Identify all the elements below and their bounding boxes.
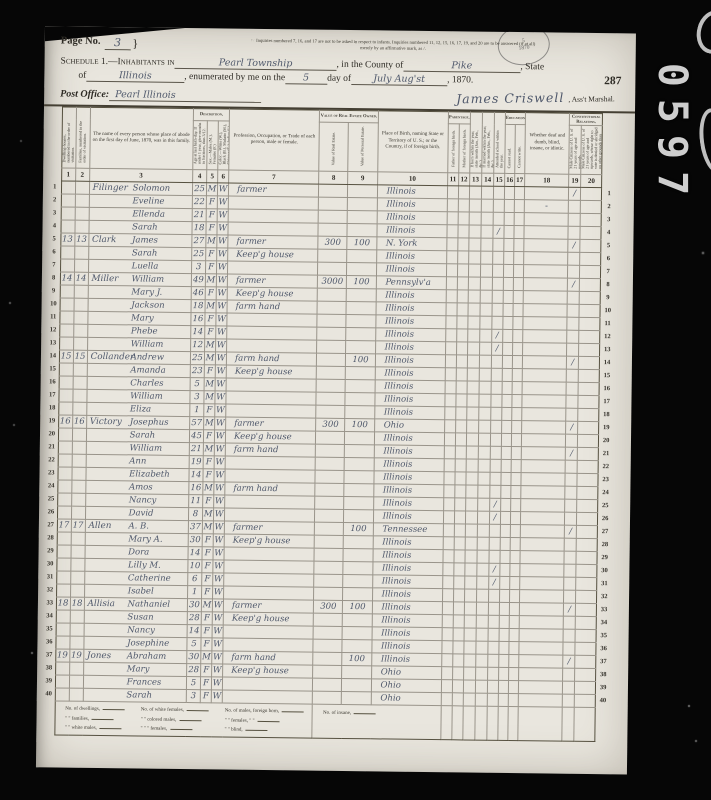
group-header: Value of Real Estate Owned. [320, 110, 378, 123]
cell-personal-estate-value: 100 [346, 353, 375, 366]
cell-mark-17 [512, 382, 522, 395]
cell-mark-16 [504, 251, 514, 264]
cell-mark-12 [457, 316, 468, 329]
cell-mark-18 [521, 486, 565, 500]
cell-mark-20 [575, 629, 596, 642]
row-number-left: 9 [48, 285, 60, 298]
cell-sex: F [203, 430, 214, 443]
column-number: 5 [207, 170, 218, 183]
cell-mark-13 [464, 602, 476, 615]
cell-age: 14 [187, 625, 201, 638]
group-header: Parentage. [448, 112, 470, 124]
cell-mark-20 [579, 317, 600, 330]
cell-mark-19: / [568, 278, 580, 291]
cell-family-number [74, 285, 88, 298]
row-number-right: 37 [596, 656, 610, 669]
cell-color: W [217, 261, 228, 274]
cell-mark-12 [458, 238, 469, 251]
row-number-left: 33 [44, 597, 56, 610]
cell-mark-17 [509, 615, 519, 628]
cell-birthplace: Illinois [374, 432, 444, 446]
cell-dwelling-number [56, 623, 70, 636]
row-number-left: 40 [43, 688, 55, 701]
cell-family-number [72, 402, 86, 415]
cell-birthplace: Illinois [374, 445, 444, 459]
cell-occupation: Keep'g house [223, 664, 313, 678]
cell-occupation: Keep'g house [223, 612, 313, 626]
cell-mark-16 [499, 615, 509, 628]
cell-occupation: farm hand [223, 651, 313, 665]
row-number-left: 6 [48, 246, 60, 259]
cell-family-number [73, 376, 87, 389]
cell-birthplace: Illinois [373, 484, 443, 498]
cell-real-estate-value [315, 496, 344, 509]
cell-mark-19 [563, 668, 575, 681]
cell-mark-17 [513, 278, 523, 291]
cell-mark-18 [521, 447, 565, 461]
cell-mark-13 [465, 576, 477, 589]
cell-mark-16 [498, 680, 508, 693]
cell-name: AllenA. B. [85, 519, 188, 533]
cell-real-estate-value [315, 470, 344, 483]
row-number-right: 27 [598, 526, 612, 539]
row-number-right: 30 [597, 565, 611, 578]
cell-mark-12 [452, 680, 463, 693]
cell-mark-16 [500, 511, 510, 524]
cell-family-number [74, 259, 88, 272]
row-number-left: 7 [48, 259, 60, 272]
cell-mark-12 [454, 563, 465, 576]
cell-mark-14 [481, 225, 493, 238]
column-number: 1 [61, 168, 75, 181]
cell-dwelling-number [59, 324, 73, 337]
cell-mark-17 [510, 538, 520, 551]
cell-mark-20 [577, 486, 598, 499]
cell-mark-16 [499, 667, 509, 680]
cell-dwelling-number [56, 558, 70, 571]
cell-personal-estate-value [344, 535, 373, 548]
cell-birthplace: Illinois [375, 328, 445, 342]
cell-age: 25 [192, 183, 206, 196]
cell-mark-16 [499, 641, 509, 654]
given-name-text: Abraham [127, 650, 166, 662]
given-name-text: Isabel [128, 585, 154, 597]
cell-mark-14 [476, 628, 488, 641]
cell-mark-17 [511, 486, 521, 499]
cell-age: 22 [192, 196, 206, 209]
cell-dwelling-number [61, 220, 75, 233]
cell-real-estate-value [318, 262, 347, 275]
cell-occupation [223, 638, 313, 652]
cell-mark-19 [564, 564, 576, 577]
cell-color: W [213, 521, 224, 534]
cell-mark-11 [442, 589, 453, 602]
cell-mark-11 [445, 394, 456, 407]
column-number: 8 [319, 171, 348, 184]
cell-birthplace: Illinois [372, 614, 442, 628]
cell-mark-19 [565, 512, 577, 525]
row-number-left: 24 [45, 480, 57, 493]
cell-mark-12 [454, 524, 465, 537]
cell-mark-13 [469, 186, 481, 199]
cell-color: W [214, 469, 225, 482]
row-number-right: 14 [600, 357, 614, 370]
given-name-text: Amos [129, 481, 153, 493]
cell-birthplace: Pennsylv'a [376, 276, 446, 290]
cell-family-number [70, 610, 84, 623]
cell-mark-17 [512, 356, 522, 369]
row-number-right: 8 [601, 279, 615, 292]
surname-text: Allisia [88, 598, 128, 610]
cell-mark-12 [452, 693, 463, 706]
cell-real-estate-value [314, 548, 343, 561]
cell-mark-17 [511, 447, 521, 460]
row-number-left: 31 [44, 571, 56, 584]
row-number-right: 10 [600, 305, 614, 318]
cell-mark-15 [488, 589, 499, 602]
cell-birthplace: Illinois [376, 263, 446, 277]
cell-dwelling-number [60, 285, 74, 298]
cell-dwelling-number [55, 636, 69, 649]
row-number-right: 32 [597, 591, 611, 604]
cell-birthplace: Illinois [375, 315, 445, 329]
cell-real-estate-value: 3000 [318, 275, 347, 288]
given-name-text: David [129, 507, 154, 519]
cell-real-estate-value [315, 509, 344, 522]
census-page: 5 1870 Page No. 3 } ☞ Inquiries numbered… [36, 26, 636, 774]
cell-mark-12 [455, 420, 466, 433]
row-number-right: 25 [598, 500, 612, 513]
cell-mark-19 [563, 616, 575, 629]
cell-family-number [72, 454, 86, 467]
cell-family-number [75, 181, 89, 194]
cell-mark-16 [501, 459, 511, 472]
cell-mark-11 [444, 485, 455, 498]
surname-text: Collander [91, 351, 131, 363]
cell-mark-13 [465, 563, 477, 576]
cell-mark-15 [490, 472, 501, 485]
cell-mark-17 [514, 187, 524, 200]
cell-mark-14 [477, 550, 489, 563]
cell-mark-11 [443, 550, 454, 563]
cell-mark-15 [490, 485, 501, 498]
cell-occupation: Keep'g house [228, 248, 318, 262]
cell-birthplace: Illinois [374, 471, 444, 485]
cell-family-number [73, 363, 87, 376]
cell-mark-14 [477, 576, 489, 589]
cell-name: Amos [85, 480, 188, 494]
cell-age: 3 [190, 391, 204, 404]
given-name-text: Nancy [127, 624, 155, 636]
cell-mark-13 [466, 420, 478, 433]
tally-label: No. of dwellings, [65, 707, 100, 712]
cell-mark-11 [446, 264, 457, 277]
cell-dwelling-number: 19 [55, 649, 69, 662]
cell-age: 5 [187, 638, 201, 651]
cell-family-number [73, 324, 87, 337]
cell-birthplace: Ohio [371, 666, 441, 680]
cell-mark-11 [441, 680, 452, 693]
tally-line: No. of males, foreign born, [225, 707, 304, 715]
cell-mark-12 [455, 459, 466, 472]
cell-mark-11 [443, 563, 454, 576]
cell-age: 37 [188, 521, 202, 534]
row-number-right: 13 [600, 344, 614, 357]
cell-mark-14 [478, 446, 490, 459]
cell-sex: M [202, 521, 213, 534]
row-number-left: 21 [46, 441, 58, 454]
column-number: 2 [75, 168, 89, 181]
cell-birthplace: Illinois [374, 458, 444, 472]
cell-mark-14 [478, 420, 490, 433]
cell-mark-17 [510, 576, 520, 589]
cell-name: Charles [87, 376, 190, 390]
cell-mark-13 [465, 537, 477, 550]
cell-mark-16 [499, 602, 509, 615]
given-name-text: Eveline [132, 195, 164, 207]
cell-mark-16 [504, 225, 514, 238]
cell-mark-17 [511, 434, 521, 447]
tally-label: " " white males, [65, 726, 97, 731]
cell-real-estate-value: 300 [318, 236, 347, 249]
cell-age: 14 [191, 326, 205, 339]
cell-mark-19 [566, 434, 578, 447]
footer-empty-cell [518, 707, 563, 742]
cell-sex: M [203, 482, 214, 495]
cell-mark-18 [522, 421, 566, 435]
cell-mark-11 [446, 316, 457, 329]
cell-dwelling-number [61, 194, 75, 207]
cell-occupation [228, 261, 318, 275]
row-number-left: 25 [45, 493, 57, 506]
cell-mark-15 [492, 264, 503, 277]
cell-birthplace: Illinois [372, 575, 442, 589]
tally-label: " " females, " " [225, 718, 255, 723]
cell-mark-13 [468, 316, 480, 329]
given-name-text: Andrew [131, 351, 165, 363]
cell-color: W [216, 313, 227, 326]
cell-mark-19 [567, 317, 579, 330]
cell-mark-12 [454, 576, 465, 589]
cell-mark-14 [479, 381, 491, 394]
row-number-right: 2 [602, 201, 616, 214]
cell-dwelling-number [61, 207, 75, 220]
cell-mark-18 [518, 694, 562, 708]
row-number-left: 15 [47, 363, 59, 376]
cell-age: 14 [189, 469, 203, 482]
cell-sex: F [201, 638, 212, 651]
cell-mark-15 [490, 446, 501, 459]
cell-sex: F [203, 469, 214, 482]
row-number-left: 35 [44, 623, 56, 636]
cell-mark-17 [508, 680, 518, 693]
row-number-right: 29 [597, 552, 611, 565]
table-header: Dwelling-houses, numbered in the order o… [49, 107, 617, 188]
cell-personal-estate-value: 100 [347, 236, 376, 249]
given-name-text: A. B. [128, 520, 149, 532]
column-header: If married within the year, state month … [482, 112, 495, 173]
cell-personal-estate-value [343, 613, 372, 626]
cell-occupation: farm hand [227, 300, 317, 314]
cell-occupation [226, 378, 316, 392]
cell-mark-14 [480, 264, 492, 277]
cell-mark-16 [500, 576, 510, 589]
cell-mark-20 [580, 213, 601, 226]
cell-name: Jackson [88, 298, 191, 312]
cell-mark-17 [513, 265, 523, 278]
cell-real-estate-value [318, 249, 347, 262]
row-number-left: 36 [43, 636, 55, 649]
cell-family-number [71, 480, 85, 493]
cell-personal-estate-value [347, 262, 376, 275]
cell-personal-estate-value [347, 249, 376, 262]
tally-line: " " females, " " [225, 716, 304, 724]
cell-mark-18 [524, 239, 568, 253]
cell-mark-13 [467, 368, 479, 381]
cell-mark-12 [457, 303, 468, 316]
cell-name: CollanderAndrew [87, 350, 190, 364]
dust-specks [0, 0, 2, 2]
footer-empty-cell [452, 706, 463, 740]
cell-mark-19 [566, 382, 578, 395]
cell-age: 23 [190, 365, 204, 378]
cell-color: W [211, 690, 222, 703]
footer-right-margin [595, 708, 610, 742]
cell-mark-12 [457, 329, 468, 342]
county-label: , in the County of [337, 60, 404, 71]
cell-mark-14 [478, 459, 490, 472]
cell-age: 21 [192, 209, 206, 222]
cell-birthplace: Illinois [371, 640, 441, 654]
cell-mark-14 [476, 654, 488, 667]
cell-real-estate-value [314, 561, 343, 574]
cell-mark-20 [579, 304, 600, 317]
cell-mark-18 [520, 525, 564, 539]
cell-mark-12 [453, 654, 464, 667]
cell-family-number [75, 220, 89, 233]
given-name-text: Sarah [132, 247, 158, 259]
cell-color: W [216, 300, 227, 313]
cell-mark-15 [489, 550, 500, 563]
cell-sex: M [201, 651, 212, 664]
cell-sex: F [204, 365, 215, 378]
cell-mark-20 [574, 694, 595, 707]
cell-mark-12 [456, 381, 467, 394]
footer-empty-cell [487, 706, 498, 740]
cell-mark-14 [480, 329, 492, 342]
tally-line: " " colored males, [141, 715, 209, 723]
cell-mark-11 [446, 290, 457, 303]
row-number-right: 31 [597, 578, 611, 591]
cell-age: 28 [187, 664, 201, 677]
cell-name: Ellenda [89, 207, 192, 221]
cell-sex: F [204, 404, 215, 417]
row-number-right: 4 [601, 227, 615, 240]
cell-sex: F [205, 313, 216, 326]
cell-mark-18 [522, 395, 566, 409]
cell-mark-19: / [564, 603, 576, 616]
cell-mark-20 [577, 525, 598, 538]
cell-real-estate-value [317, 366, 346, 379]
cell-mark-17 [514, 226, 524, 239]
cell-age: 6 [188, 573, 202, 586]
row-number-left: 19 [46, 415, 58, 428]
cell-personal-estate-value [348, 210, 377, 223]
cell-mark-15 [487, 693, 498, 706]
row-number-left: 3 [49, 207, 61, 220]
cell-mark-20 [575, 681, 596, 694]
cell-age: 16 [191, 313, 205, 326]
cell-mark-13 [469, 212, 481, 225]
cell-mark-19 [567, 291, 579, 304]
cell-personal-estate-value: 100 [347, 275, 376, 288]
cell-mark-19: / [568, 239, 580, 252]
cell-birthplace: Illinois [375, 341, 445, 355]
cell-color: W [213, 560, 224, 573]
cell-dwelling-number [56, 610, 70, 623]
cell-color: W [212, 651, 223, 664]
cell-mark-12 [453, 615, 464, 628]
cell-mark-13 [469, 251, 481, 264]
cell-mark-19 [564, 590, 576, 603]
cell-mark-15: / [489, 563, 500, 576]
column-number: 12 [458, 173, 469, 186]
column-number: 9 [348, 171, 377, 184]
cell-mark-11 [443, 537, 454, 550]
cell-mark-18 [521, 512, 565, 526]
cell-mark-16 [501, 446, 511, 459]
column-header-text: Cannot write. [518, 146, 522, 168]
cell-real-estate-value [316, 392, 345, 405]
cell-birthplace: Illinois [376, 289, 446, 303]
cell-mark-20 [580, 226, 601, 239]
cell-color: W [214, 508, 225, 521]
cell-name: Eveline [89, 194, 192, 208]
cell-real-estate-value [314, 613, 343, 626]
cell-birthplace: Illinois [377, 224, 447, 238]
cell-age: 30 [187, 651, 201, 664]
cell-personal-estate-value [343, 626, 372, 639]
marshal-signature-block: James Criswell , Ass't Marshal. [457, 89, 616, 106]
cell-occupation [226, 391, 316, 405]
cell-mark-20 [576, 577, 597, 590]
cell-mark-19 [563, 642, 575, 655]
cell-personal-estate-value [348, 197, 377, 210]
cell-personal-estate-value [342, 639, 371, 652]
cell-color: W [217, 222, 228, 235]
cell-real-estate-value [315, 535, 344, 548]
cell-color: W [215, 404, 226, 417]
cell-personal-estate-value [342, 691, 371, 704]
column-header-text: Sex.—Males (M.), Females (F.) [208, 121, 217, 164]
cell-sex: F [201, 625, 212, 638]
cell-personal-estate-value [344, 496, 373, 509]
cell-mark-18 [522, 382, 566, 396]
cell-dwelling-number [57, 480, 71, 493]
cell-sex: M [206, 235, 217, 248]
column-header-text: Color.—White (W.), Black (B.), Mulatto (… [218, 121, 229, 164]
cell-color: W [211, 677, 222, 690]
cell-personal-estate-value [343, 548, 372, 561]
cell-age: 49 [191, 274, 205, 287]
cell-mark-18 [519, 642, 563, 656]
tally-label: " " " females, [140, 726, 167, 731]
film-edge-mark [696, 106, 711, 176]
cell-personal-estate-value [346, 301, 375, 314]
given-name-text: William [131, 273, 164, 285]
row-number-left: 13 [47, 337, 59, 350]
cell-mark-15: / [489, 576, 500, 589]
